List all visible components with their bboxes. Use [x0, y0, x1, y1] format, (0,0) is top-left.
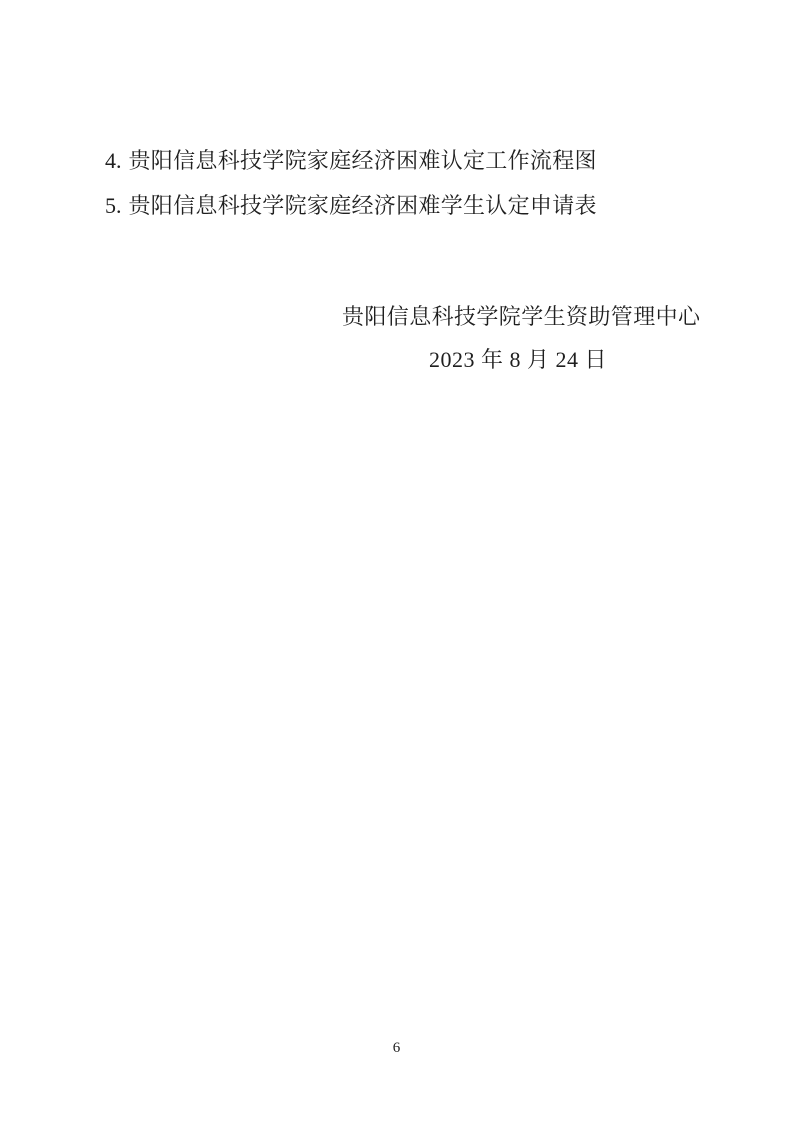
signature-block: 贵阳信息科技学院学生资助管理中心 2023 年 8 月 24 日 — [342, 295, 694, 381]
attachment-item-text: 贵阳信息科技学院家庭经济困难学生认定申请表 — [129, 183, 597, 228]
list-item: 5.贵阳信息科技学院家庭经济困难学生认定申请表 — [105, 183, 597, 228]
attachment-item-text: 贵阳信息科技学院家庭经济困难认定工作流程图 — [129, 138, 597, 183]
attachment-item-number: 4. — [105, 138, 122, 183]
attachment-list: 4.贵阳信息科技学院家庭经济困难认定工作流程图 5.贵阳信息科技学院家庭经济困难… — [105, 138, 597, 228]
list-item: 4.贵阳信息科技学院家庭经济困难认定工作流程图 — [105, 138, 597, 183]
signature-organization: 贵阳信息科技学院学生资助管理中心 — [342, 295, 694, 338]
attachment-item-number: 5. — [105, 183, 122, 228]
document-page: 4.贵阳信息科技学院家庭经济困难认定工作流程图 5.贵阳信息科技学院家庭经济困难… — [0, 0, 793, 1122]
signature-date: 2023 年 8 月 24 日 — [342, 338, 694, 381]
page-number: 6 — [0, 1040, 793, 1057]
